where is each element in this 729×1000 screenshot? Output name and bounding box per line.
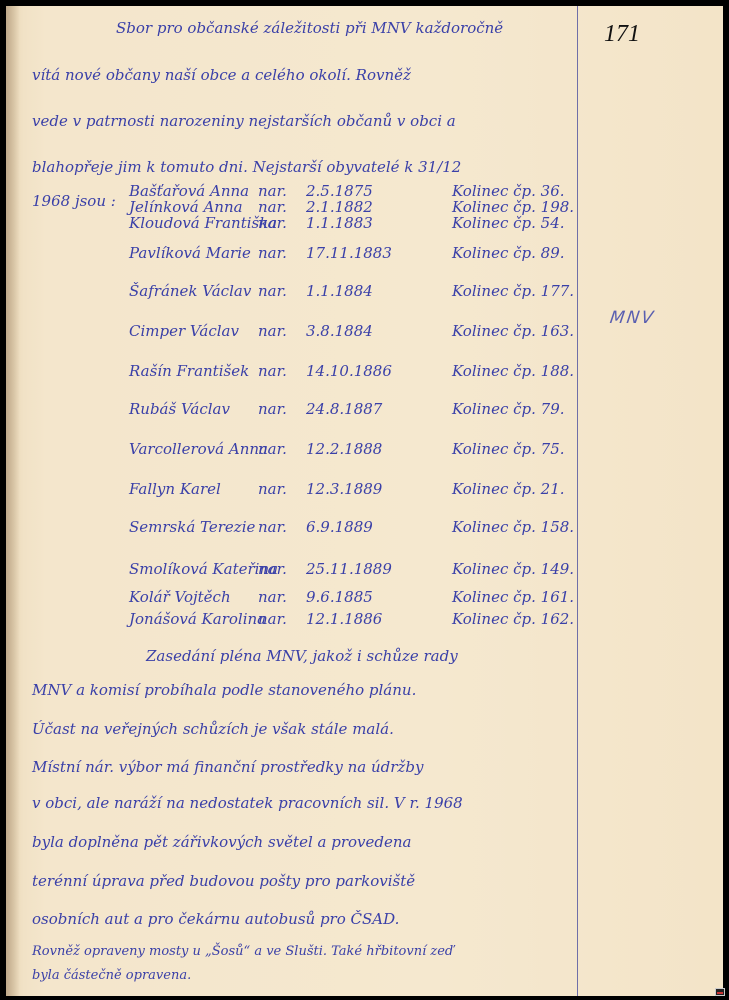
resident-birth-date: 24.8.1887 — [306, 400, 382, 418]
resident-address: Kolinec čp. 89. — [452, 244, 565, 262]
resident-row: Smolíková Kateřinanar.25.11.1889Kolinec … — [6, 560, 577, 580]
resident-birth-date: 12.3.1889 — [306, 480, 382, 498]
margin-rule — [577, 6, 578, 996]
minimize-icon[interactable] — [715, 988, 725, 996]
closing-line: byla částečně opravena. — [32, 968, 191, 983]
margin-note: MNV — [609, 308, 657, 328]
resident-birth-date: 1.1.1883 — [306, 214, 373, 232]
resident-birth-date: 17.11.1883 — [306, 244, 392, 262]
resident-row: Šafránek Václavnar.1.1.1884Kolinec čp. 1… — [6, 282, 577, 302]
resident-address: Kolinec čp. 75. — [452, 440, 565, 458]
resident-name: Cimper Václav — [129, 322, 239, 340]
resident-birth-date: 14.10.1886 — [306, 362, 392, 380]
intro-line: blahopřeje jim k tomuto dni. Nejstarší o… — [32, 158, 461, 176]
resident-row: Semrská Terezienar.6.9.1889Kolinec čp. 1… — [6, 518, 577, 538]
resident-name: Rubáš Václav — [129, 400, 230, 418]
birth-label: nar. — [258, 610, 287, 628]
resident-birth-date: 1.1.1884 — [306, 282, 373, 300]
resident-birth-date: 12.1.1886 — [306, 610, 382, 628]
birth-label: nar. — [258, 244, 287, 262]
resident-name: Fallyn Karel — [129, 480, 221, 498]
birth-label: nar. — [258, 480, 287, 498]
closing-line: Zasedání pléna MNV, jakož i schůze rady — [146, 647, 458, 665]
resident-address: Kolinec čp. 161. — [452, 588, 574, 606]
birth-label: nar. — [258, 322, 287, 340]
resident-address: Kolinec čp. 21. — [452, 480, 565, 498]
resident-name: Kolář Vojtěch — [129, 588, 231, 606]
resident-name: Šafránek Václav — [129, 282, 251, 300]
intro-line: Sbor pro občanské záležitosti při MNV ka… — [116, 19, 503, 37]
resident-birth-date: 25.11.1889 — [306, 560, 392, 578]
document-page: 171 MNV Sbor pro občanské záležitosti př… — [6, 6, 723, 996]
resident-row: Rubáš Václavnar.24.8.1887Kolinec čp. 79. — [6, 400, 577, 420]
closing-line: osobních aut a pro čekárnu autobusů pro … — [32, 910, 399, 928]
birth-label: nar. — [258, 588, 287, 606]
resident-row: Fallyn Karelnar.12.3.1889Kolinec čp. 21. — [6, 480, 577, 500]
intro-line: vítá nové občany naší obce a celého okol… — [32, 66, 411, 84]
resident-birth-date: 6.9.1889 — [306, 518, 373, 536]
closing-line: MNV a komisí probíhala podle stanoveného… — [32, 681, 416, 699]
resident-address: Kolinec čp. 79. — [452, 400, 565, 418]
birth-label: nar. — [258, 214, 287, 232]
resident-row: Pavlíková Marienar.17.11.1883Kolinec čp.… — [6, 244, 577, 264]
closing-line: Rovněž opraveny mosty u „Šosů“ a ve Sluš… — [32, 944, 453, 959]
resident-birth-date: 9.6.1885 — [306, 588, 373, 606]
resident-row: Varcollerová Annanar.12.2.1888Kolinec čp… — [6, 440, 577, 460]
resident-birth-date: 3.8.1884 — [306, 322, 373, 340]
resident-address: Kolinec čp. 149. — [452, 560, 574, 578]
closing-line: terénní úprava před budovou pošty pro pa… — [32, 872, 415, 890]
birth-label: nar. — [258, 518, 287, 536]
resident-name: Pavlíková Marie — [129, 244, 251, 262]
resident-address: Kolinec čp. 163. — [452, 322, 574, 340]
closing-line: Účast na veřejných schůzích je však stál… — [32, 720, 394, 738]
birth-label: nar. — [258, 282, 287, 300]
resident-name: Rašín František — [129, 362, 249, 380]
resident-row: Cimper Václavnar.3.8.1884Kolinec čp. 163… — [6, 322, 577, 342]
resident-birth-date: 12.2.1888 — [306, 440, 382, 458]
resident-name: Smolíková Kateřina — [129, 560, 278, 578]
resident-address: Kolinec čp. 158. — [452, 518, 574, 536]
resident-row: Kolář Vojtěchnar.9.6.1885Kolinec čp. 161… — [6, 588, 577, 608]
page-number: 171 — [604, 21, 640, 48]
resident-address: Kolinec čp. 162. — [452, 610, 574, 628]
birth-label: nar. — [258, 440, 287, 458]
birth-label: nar. — [258, 362, 287, 380]
resident-name: Kloudová Františka — [129, 214, 277, 232]
closing-line: v obci, ale naráží na nedostatek pracovn… — [32, 794, 463, 812]
resident-address: Kolinec čp. 188. — [452, 362, 574, 380]
resident-row: Jonášová Karolinanar.12.1.1886Kolinec čp… — [6, 610, 577, 630]
intro-line: vede v patrnosti narozeniny nejstarších … — [32, 112, 456, 130]
resident-row: Rašín Františeknar.14.10.1886Kolinec čp.… — [6, 362, 577, 382]
closing-line: Místní nár. výbor má finanční prostředky… — [32, 758, 423, 776]
resident-name: Jonášová Karolina — [129, 610, 266, 628]
resident-name: Varcollerová Anna — [129, 440, 268, 458]
birth-label: nar. — [258, 560, 287, 578]
resident-name: Semrská Terezie — [129, 518, 255, 536]
resident-row: Kloudová Františkanar.1.1.1883Kolinec čp… — [6, 214, 577, 234]
closing-line: byla doplněna pět zářivkových světel a p… — [32, 833, 411, 851]
birth-label: nar. — [258, 400, 287, 418]
resident-address: Kolinec čp. 54. — [452, 214, 565, 232]
resident-address: Kolinec čp. 177. — [452, 282, 574, 300]
